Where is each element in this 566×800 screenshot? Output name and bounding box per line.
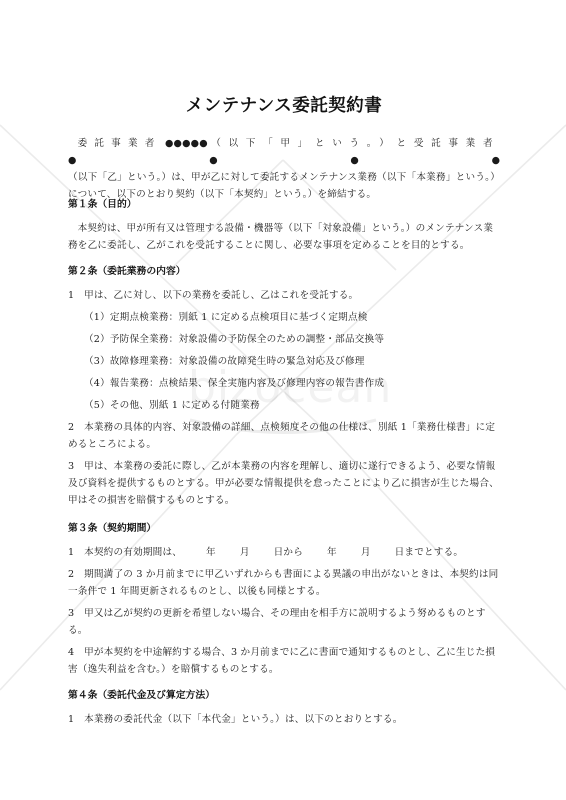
end-day: 日までとする。 bbox=[395, 547, 464, 558]
article-2-clause-1: 1 甲は、乙に対し、以下の業務を委託し、乙はこれを受託する。 bbox=[68, 287, 500, 304]
article-3-clause-4: 4 甲が本契約を中途解約する場合、3 か月前までに乙に書面で通知するものとし、乙… bbox=[68, 644, 500, 678]
article-3-clause-1: 1 本契約の有効期間は、年月日から年月日までとする。 bbox=[68, 544, 500, 561]
article-3: 第３条（契約期間） 1 本契約の有効期間は、年月日から年月日までとする。 2 期… bbox=[68, 522, 500, 678]
party-a-placeholder: ●●●●● bbox=[165, 138, 208, 149]
start-month: 月 bbox=[240, 547, 250, 558]
period-prefix: 1 本契約の有効期間は、 bbox=[68, 547, 182, 558]
intro-prefix: 委託事業者 bbox=[78, 138, 162, 149]
start-day: 日から bbox=[274, 547, 303, 558]
article-2-heading: 第２条（委託業務の内容） bbox=[68, 265, 500, 279]
intro-paragraph: 委託事業者 ●●●●● （以下「甲」という。）と受託事業者 ●●●●（以下「乙」… bbox=[68, 135, 500, 203]
service-item-2: （2）予防保全業務：対象設備の予防保全のための調整・部品交換等 bbox=[68, 331, 500, 348]
article-3-heading: 第３条（契約期間） bbox=[68, 522, 500, 536]
article-3-clause-3: 3 甲又は乙が契約の更新を希望しない場合、その理由を相手方に説明するよう努めるも… bbox=[68, 605, 500, 639]
service-item-5: （5）その他、別紙 1 に定める付随業務 bbox=[68, 397, 500, 414]
start-year: 年 bbox=[206, 547, 216, 558]
article-2: 第２条（委託業務の内容） 1 甲は、乙に対し、以下の業務を委託し、乙はこれを受託… bbox=[68, 265, 500, 509]
service-item-1: （1）定期点検業務：別紙 1 に定める点検項目に基づく定期点検 bbox=[68, 309, 500, 326]
service-item-4: （4）報告業務：点検結果、保全実施内容及び修理内容の報告書作成 bbox=[68, 375, 500, 392]
article-2-clause-2: 2 本業務の具体的内容、対象設備の詳細、点検頻度その他の仕様は、別紙 1「業務仕… bbox=[68, 419, 500, 453]
end-month: 月 bbox=[361, 547, 371, 558]
intro-mid: （以下「甲」という。）と受託事業者 bbox=[211, 138, 500, 149]
end-year: 年 bbox=[327, 547, 337, 558]
intro-first-line: 委託事業者 ●●●●● （以下「甲」という。）と受託事業者 ●●●● bbox=[68, 135, 500, 169]
service-item-3: （3）故障修理業務：対象設備の故障発生時の緊急対応及び修理 bbox=[68, 353, 500, 370]
article-1-heading: 第１条（目的） bbox=[68, 198, 500, 212]
article-4-clause-1: 1 本業務の委託代金（以下「本代金」という。）は、以下のとおりとする。 bbox=[68, 711, 500, 728]
article-2-clause-3: 3 甲は、本業務の委託に際し、乙が本業務の内容を理解し、適切に遂行できるよう、必… bbox=[68, 458, 500, 509]
document-title: メンテナンス委託契約書 bbox=[68, 92, 500, 117]
party-b-placeholder: ●●●● bbox=[68, 155, 500, 166]
article-4: 第４条（委託代金及び算定方法） 1 本業務の委託代金（以下「本代金」という。）は… bbox=[68, 689, 500, 728]
article-1-paragraph: 本契約は、甲が所有又は管理する設備・機器等（以下「対象設備」という。）のメンテナ… bbox=[68, 220, 500, 254]
intro-rest: （以下「乙」という。）は、甲が乙に対して委託するメンテナンス業務（以下「本業務」… bbox=[68, 172, 500, 200]
article-3-clause-2: 2 期間満了の 3 か月前までに甲乙いずれからも書面による異議の申出がないときは… bbox=[68, 566, 500, 600]
article-1: 第１条（目的） 本契約は、甲が所有又は管理する設備・機器等（以下「対象設備」とい… bbox=[68, 198, 500, 254]
article-4-heading: 第４条（委託代金及び算定方法） bbox=[68, 689, 500, 703]
